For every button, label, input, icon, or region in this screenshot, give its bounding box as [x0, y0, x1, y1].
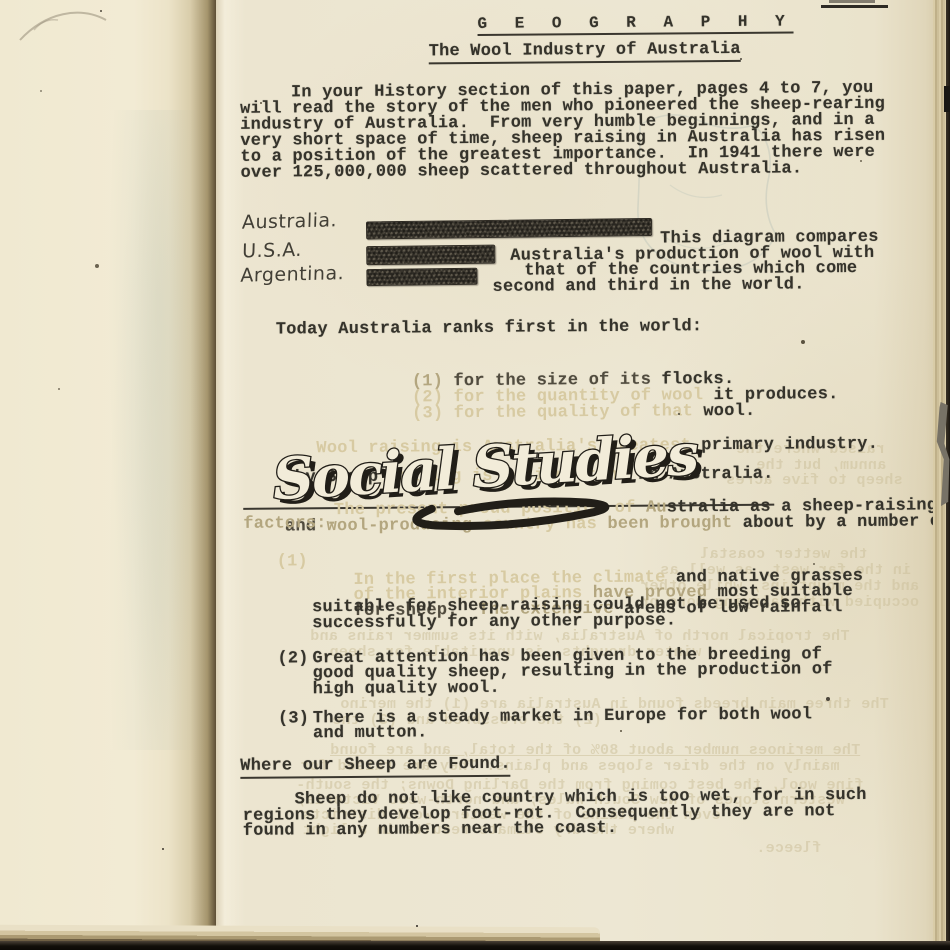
where-line: found in any numbers near the coast. — [243, 819, 618, 841]
cutoff-header-underline — [821, 5, 888, 8]
chart-bar-australia — [366, 218, 652, 239]
doc-subtitle: The Wool Industry of Australia — [429, 40, 741, 64]
scan-bottom-band — [0, 941, 950, 950]
edge-ink-mark — [944, 86, 950, 112]
paper-specks — [100, 10, 102, 12]
bar-label-argentina: Argentina. — [240, 262, 344, 287]
stamp-text: Social Studies — [271, 421, 700, 513]
ranks-heading: Today Australia ranks first in the world… — [276, 317, 703, 339]
chart-bar-usa — [366, 245, 495, 266]
diagram-caption-line: second and third in the world. — [492, 275, 804, 296]
fi-seg: about by a number of — [743, 512, 950, 533]
factor-number: (1) — [277, 552, 308, 571]
factor-line: high quality wool. — [313, 679, 500, 699]
intro-line: over 125,000,000 sheep scattered through… — [241, 159, 803, 182]
bar-label-usa: U.S.A. — [242, 239, 302, 263]
chart-bar-argentina — [366, 268, 477, 286]
document-content: G E O G R A P H Y The Wool Industry of A… — [0, 0, 950, 950]
factor-line: and mutton. — [313, 723, 428, 743]
factor-number: (2) — [277, 649, 308, 668]
bar-label-australia: Australia. — [242, 209, 338, 233]
page-title: G E O G R A P H Y — [477, 12, 793, 35]
factor-number: (3) — [278, 709, 309, 728]
where-heading: Where our Sheep are Found. — [240, 755, 511, 779]
factor-line: successfully for any other purpose. — [312, 611, 676, 633]
social-studies-stamp: Social Studies Social Studies — [258, 416, 699, 539]
